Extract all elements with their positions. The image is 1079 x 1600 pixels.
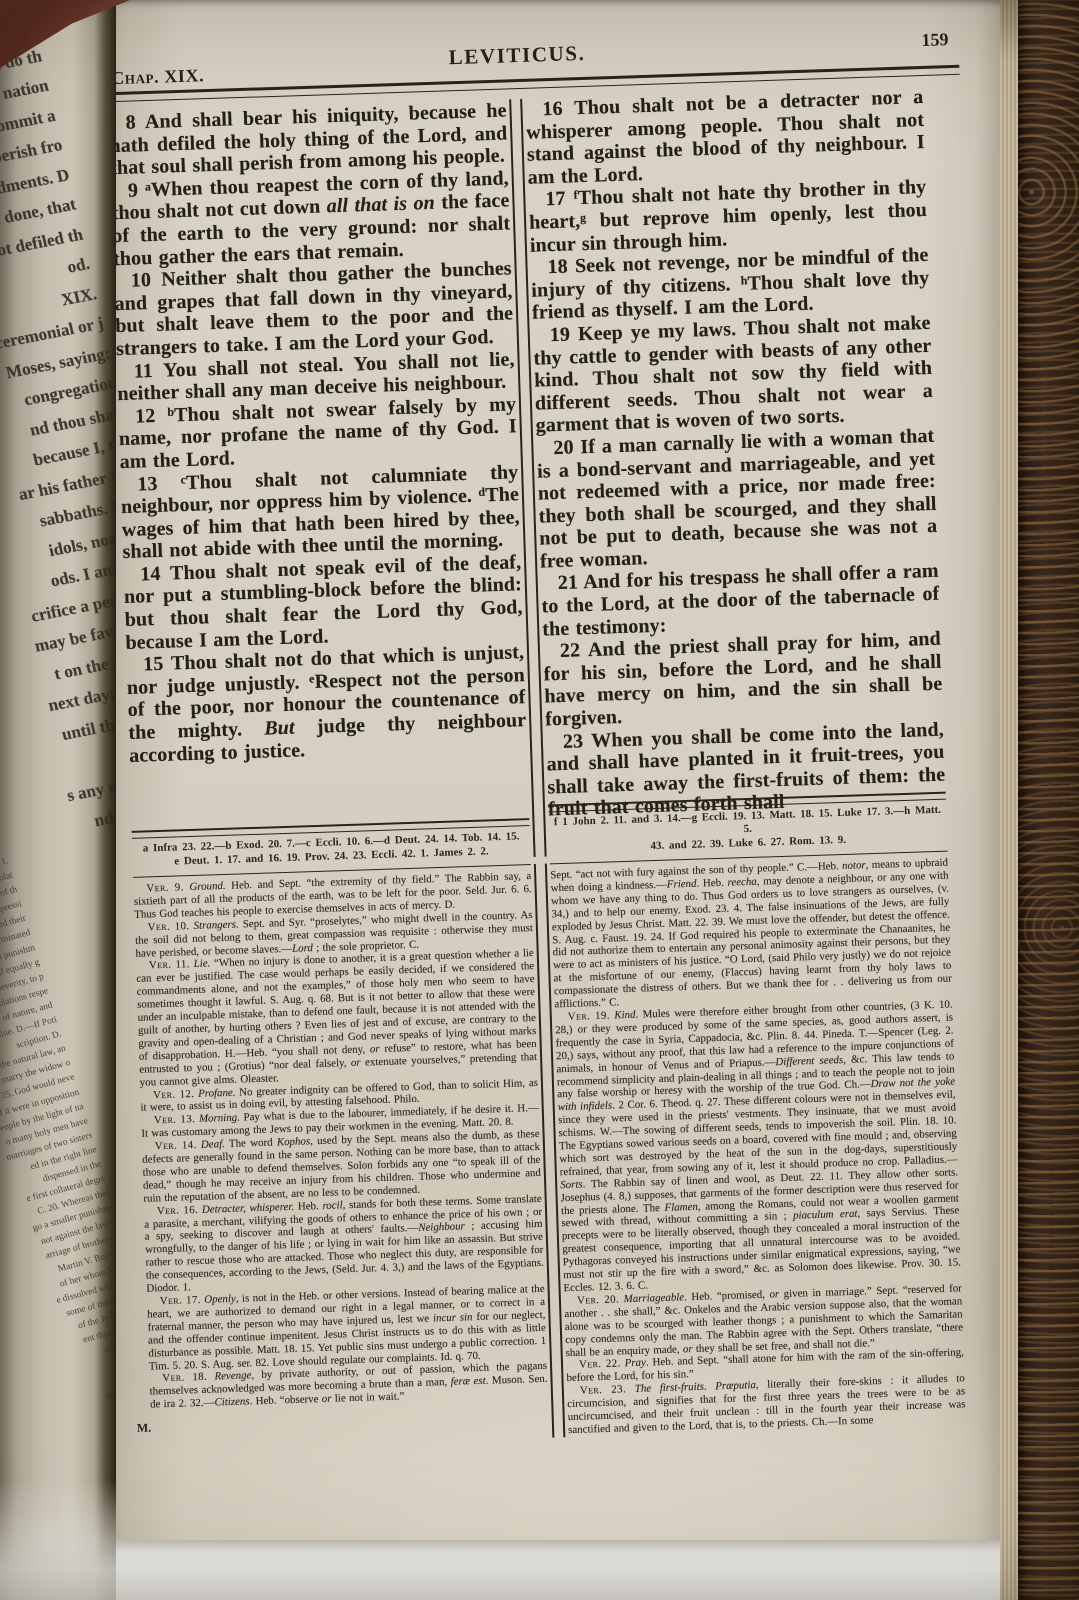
- commentary-note: Ver. 17. Openly, is not in the Heb. or o…: [147, 1283, 547, 1373]
- desk-surface: [0, 1540, 1079, 1600]
- verse-13: 13 ᶜThou shalt not calumniate thy neighb…: [120, 461, 521, 564]
- verse-number: 8: [125, 111, 136, 133]
- verse-number: 23: [563, 730, 584, 753]
- commentary-note: Ver. 19. Kind. Mules were therefore eith…: [555, 998, 962, 1295]
- verse-8: 8 And shall bear his iniquity, because h…: [108, 99, 508, 180]
- commentary-column-left: Ver. 9. Ground. Heb. and Sept. “the extr…: [133, 864, 549, 1450]
- verse-20: 20 If a man carnally lie with a woman th…: [536, 425, 938, 573]
- bible-text-section: 8 And shall bear his iniquity, because h…: [108, 85, 986, 870]
- verse-number: 11: [133, 360, 153, 383]
- page-edge-stack: [1000, 0, 1020, 1600]
- verse-19: 19 Keep ye my laws. Thou shalt not make …: [532, 312, 933, 438]
- signature-mark: M.: [137, 1408, 549, 1436]
- verse-12: 12 ᵇThou shalt not swear falsely by my n…: [118, 393, 518, 474]
- verse-number: 20: [553, 436, 574, 459]
- verse-ref-label: Ver. 22.: [579, 1358, 621, 1371]
- book-page: Chap. XIX. LEVITICUS. 159 8 And shall be…: [88, 0, 1006, 1552]
- verse-number: 15: [143, 653, 164, 676]
- verse-9: 9 ᵃWhen thou reapest the corn of thy lan…: [111, 167, 512, 270]
- commentary-note: Ver. 11. Lie. “When no injury is done to…: [136, 947, 538, 1089]
- verses-right: 16 Thou shalt not be a detracter nor a w…: [525, 86, 946, 821]
- book-title: LEVITICUS.: [448, 41, 586, 70]
- commentary-section: Ver. 9. Ground. Heb. and Sept. “the extr…: [133, 849, 1005, 1450]
- verse-number: 14: [140, 563, 161, 586]
- book-cover: [1018, 0, 1079, 1600]
- verse-ref-label: Ver. 20.: [577, 1293, 620, 1306]
- facing-page: Chap. Xf you do thut the nationhall comm…: [0, 0, 116, 1600]
- verse-15: 15 Thou shalt not do that which is unjus…: [126, 641, 527, 767]
- verse-number: 17: [545, 188, 566, 211]
- verse-10: 10 Neither shalt thou gather the bunches…: [113, 258, 514, 361]
- verse-17: 17 ᶠThou shalt not hate thy brother in t…: [528, 176, 928, 257]
- commentary-column-right: Sept. “act not with fury against the son…: [550, 851, 966, 1437]
- verse-ref-label: Ver. 12.: [153, 1088, 195, 1101]
- footnote-refs-left: a Infra 23. 22.—b Exod. 20. 7.—c Eccli. …: [132, 818, 531, 870]
- verse-ref-label: Ver. 13.: [154, 1113, 196, 1126]
- verse-number: 12: [135, 405, 156, 428]
- chapter-label: Chap. XIX.: [111, 65, 205, 89]
- verse-ref-label: Ver. 9.: [146, 881, 184, 894]
- page-content: Chap. XIX. LEVITICUS. 159 8 And shall be…: [67, 0, 1035, 1566]
- verse-number: 22: [560, 640, 581, 663]
- verse-number: 13: [137, 472, 158, 495]
- verse-number: 10: [130, 269, 151, 292]
- verse-number: 21: [557, 572, 578, 595]
- bible-column-left: 8 And shall bear his iniquity, because h…: [108, 99, 530, 869]
- verse-number: 9: [128, 179, 139, 201]
- verse-ref-label: Ver. 11.: [149, 959, 190, 972]
- page-number: 159: [921, 29, 949, 51]
- verses-left: 8 And shall bear his iniquity, because h…: [108, 99, 527, 767]
- facing-page-bottom-light: [0, 1480, 116, 1600]
- verse-ref-label: Ver. 23.: [580, 1383, 627, 1396]
- commentary-note: Sept. “act not with fury against the son…: [550, 857, 952, 1012]
- verse-ref-label: Ver. 17.: [160, 1294, 201, 1307]
- verse-21: 21 And for his trespass he shall offer a…: [540, 560, 940, 641]
- verse-number: 18: [547, 256, 568, 279]
- notes-right: Sept. “act not with fury against the son…: [550, 857, 966, 1437]
- verse-ref-label: Ver. 10.: [147, 920, 189, 933]
- bible-column-right: 16 Thou shalt not be a detracter nor a w…: [525, 86, 947, 856]
- notes-left: Ver. 9. Ground. Heb. and Sept. “the extr…: [133, 870, 548, 1412]
- verse-ref-label: Ver. 16.: [157, 1204, 199, 1217]
- verse-ref-label: Ver. 18.: [162, 1371, 207, 1384]
- verse-18: 18 Seek not revenge, nor be mindful of t…: [530, 244, 930, 325]
- verse-14: 14 Thou shalt not speak evil of the deaf…: [123, 551, 524, 654]
- verse-ref-label: Ver. 19.: [568, 1010, 610, 1023]
- gutter-shadow: [94, 0, 116, 1600]
- verse-number: 19: [549, 323, 570, 346]
- verse-22: 22 And the priest shall pray for him, an…: [543, 628, 944, 731]
- commentary-note: Ver. 16. Detracter, whisperer. Heb. roci…: [144, 1193, 545, 1296]
- verse-16: 16 Thou shalt not be a detracter nor a w…: [525, 86, 926, 189]
- verse-ref-label: Ver. 14.: [155, 1139, 197, 1152]
- verse-number: 16: [542, 98, 563, 121]
